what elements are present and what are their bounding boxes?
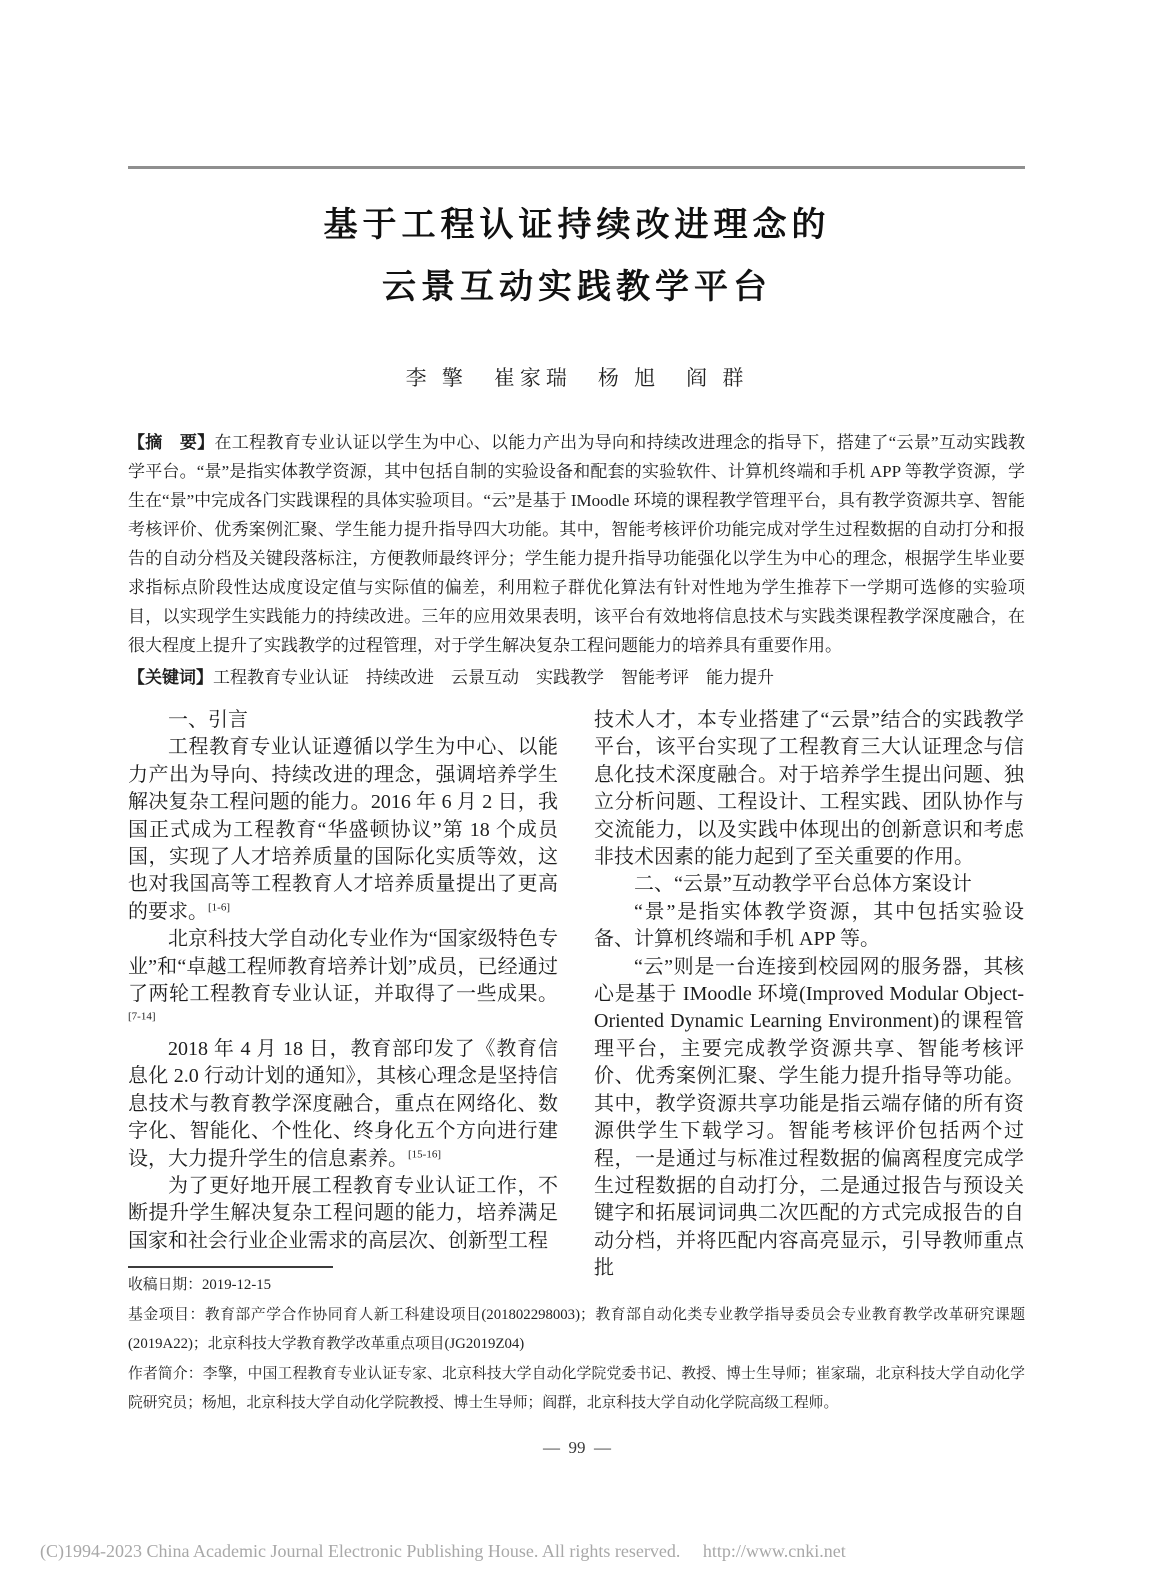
body-columns: 一、引言 工程教育专业认证遵循以学生为中心、以能力产出为导向、持续改进的理念，强… [128,707,1025,1283]
keywords-label: 【关键词】 [128,668,213,687]
paper-page: 基于工程认证持续改进理念的 云景互动实践教学平台 李 擎 崔家瑞 杨 旭 阎 群… [0,0,1154,1593]
paragraph-cloud: “云”则是一台连接到校园网的服务器，其核心是基于 IMoodle 环境(Impr… [594,954,1024,1283]
footnote-label: 收稿日期： [128,1277,202,1293]
keywords-text: 工程教育专业认证 持续改进 云景互动 实践教学 智能考评 能力提升 [213,668,774,687]
copyright-watermark: (C)1994-2023 China Academic Journal Elec… [40,1541,846,1562]
paragraph-scene: “景”是指实体教学资源，其中包括实验设备、计算机终端和手机 APP 等。 [594,899,1024,954]
paragraph-text: 技术人才，本专业搭建了“云景”结合的实践教学平台，该平台实现了工程教育三大认证理… [594,709,1024,868]
paragraph-intro-1: 工程教育专业认证遵循以学生为中心、以能力产出为导向、持续改进的理念，强调培养学生… [128,734,558,926]
abstract-label: 【摘 要】 [128,433,214,452]
paragraph-text: 为了更好地开展工程教育专业认证工作，不断提升学生解决复杂工程问题的能力，培养满足… [128,1175,558,1252]
paragraph-intro-2: 北京科技大学自动化专业作为“国家级特色专业”和“卓越工程师教育培养计划”成员，已… [128,926,558,1036]
paper-title: 基于工程认证持续改进理念的 云景互动实践教学平台 [0,194,1154,318]
footnote-label: 基金项目： [128,1307,205,1323]
paragraph-text: 工程教育专业认证遵循以学生为中心、以能力产出为导向、持续改进的理念，强调培养学生… [128,736,558,922]
paragraph-text: 2018 年 4 月 18 日，教育部印发了《教育信息化 2.0 行动计划的通知… [128,1038,558,1170]
abstract-block: 【摘 要】在工程教育专业认证以学生为中心、以能力产出为导向和持续改进理念的指导下… [128,428,1025,692]
paragraph-text: “云”则是一台连接到校园网的服务器，其核心是基于 IMoodle 环境(Impr… [594,956,1024,1279]
citation-ref-15-16: [15-16] [408,1148,441,1160]
citation-ref-7-14: [7-14] [128,1011,156,1023]
citation-ref-1-6: [1-6] [208,901,230,913]
paragraph-text: “景”是指实体教学资源，其中包括实验设备、计算机终端和手机 APP 等。 [594,901,1024,950]
abstract-text: 在工程教育专业认证以学生为中心、以能力产出为导向和持续改进理念的指导下，搭建了“… [128,433,1025,655]
footnote-text: 李擎，中国工程教育专业认证专家、北京科技大学自动化学院党委书记、教授、博士生导师… [128,1366,1025,1412]
keywords-paragraph: 【关键词】工程教育专业认证 持续改进 云景互动 实践教学 智能考评 能力提升 [128,663,1025,692]
footnote-rule [128,1266,333,1268]
paragraph-intro-4: 为了更好地开展工程教育专业认证工作，不断提升学生解决复杂工程问题的能力，培养满足… [128,1173,558,1255]
page-number: — 99 — [0,1438,1154,1458]
footnote-label: 作者简介： [128,1366,203,1382]
paragraph-intro-3: 2018 年 4 月 18 日，教育部印发了《教育信息化 2.0 行动计划的通知… [128,1036,558,1173]
authors-line: 李 擎 崔家瑞 杨 旭 阎 群 [0,362,1154,392]
abstract-paragraph: 【摘 要】在工程教育专业认证以学生为中心、以能力产出为导向和持续改进理念的指导下… [128,428,1025,660]
right-column: 技术人才，本专业搭建了“云景”结合的实践教学平台，该平台实现了工程教育三大认证理… [594,707,1024,1283]
title-line-1: 基于工程认证持续改进理念的 [0,194,1154,256]
section-heading-1: 一、引言 [128,707,558,734]
paragraph-intro-4-continued: 技术人才，本专业搭建了“云景”结合的实践教学平台，该平台实现了工程教育三大认证理… [594,707,1024,871]
header-rule [128,166,1025,169]
title-line-2: 云景互动实践教学平台 [0,256,1154,318]
footnote-funding: 基金项目：教育部产学合作协同育人新工科建设项目(201802298003)；教育… [128,1301,1025,1360]
footnote-received-date: 收稿日期：2019-12-15 [128,1271,1025,1301]
footnote-author-bio: 作者简介：李擎，中国工程教育专业认证专家、北京科技大学自动化学院党委书记、教授、… [128,1360,1025,1419]
paragraph-text: 北京科技大学自动化专业作为“国家级特色专业”和“卓越工程师教育培养计划”成员，已… [128,928,558,1005]
footnote-text: 教育部产学合作协同育人新工科建设项目(201802298003)；教育部自动化类… [128,1307,1025,1353]
section-heading-2: 二、“云景”互动教学平台总体方案设计 [594,871,1024,898]
footnotes-block: 收稿日期：2019-12-15 基金项目：教育部产学合作协同育人新工科建设项目(… [128,1271,1025,1419]
footnote-text: 2019-12-15 [202,1277,271,1293]
left-column: 一、引言 工程教育专业认证遵循以学生为中心、以能力产出为导向、持续改进的理念，强… [128,707,558,1283]
